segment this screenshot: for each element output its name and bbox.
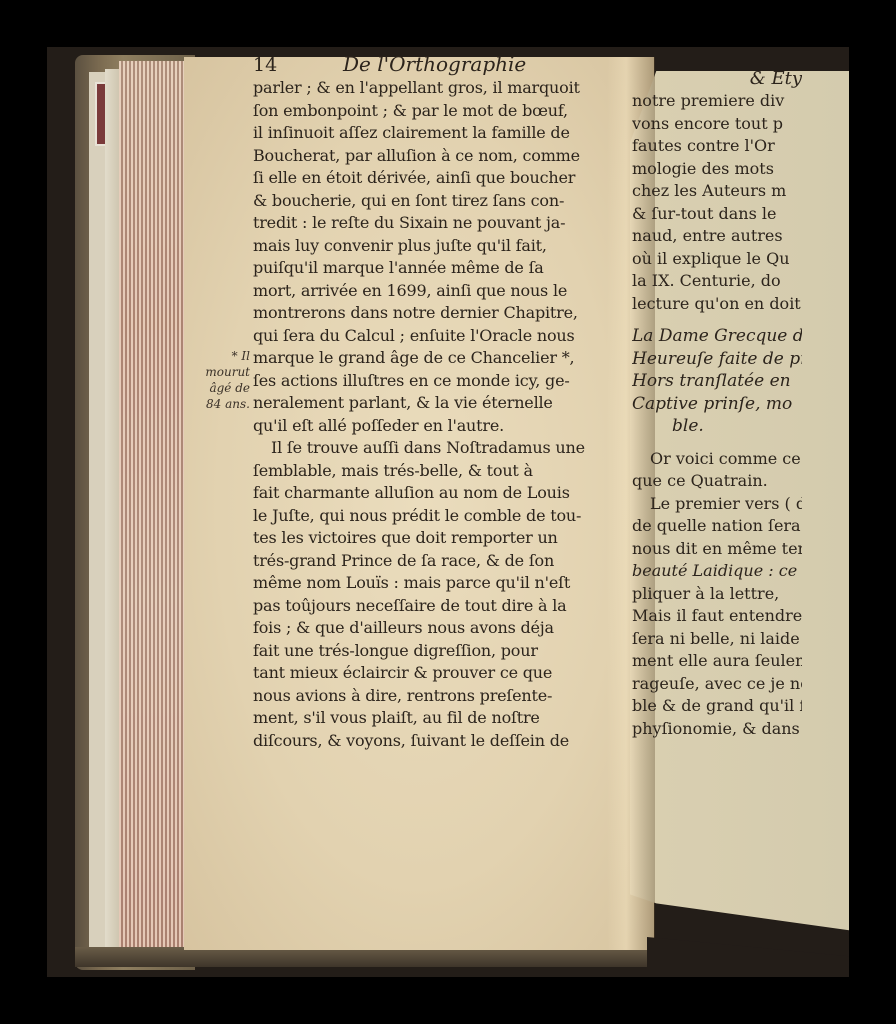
margin-note-line: 84 ans. [190,396,250,412]
left-page-text: 14De l'Orthographie parler ; & en l'appe… [253,52,603,752]
margin-note-line: mourut [190,364,250,380]
text-line: notre premiere div [632,90,802,113]
margin-note: * Il mourut âgé de 84 ans. [190,348,250,412]
text-line: Boucherat, par alluſion à ce nom, comme [253,145,603,168]
verse-line: Captive prinſe, mo [632,393,802,416]
left-page-header: 14De l'Orthographie [253,52,603,77]
sprinkled-page-edges [119,61,184,951]
text-line: ſera ni belle, ni laide [632,628,802,651]
cover-bottom-edge [75,947,675,967]
bottom-shadow [647,927,849,977]
running-head-left: De l'Orthographie [343,52,526,76]
text-line: mort, arrivée en 1699, ainſi que nous le [253,280,603,303]
text-line: fait charmante alluſion au nom de Louis [253,482,603,505]
page-number: 14 [253,53,343,77]
text-line: Or voici comme ce [632,448,802,471]
text-line: & boucherie, qui en ſont tirez ſans con- [253,190,603,213]
text-line: tes les victoires que doit remporter un [253,527,603,550]
text-line: tant mieux éclaircir & prouver ce que [253,662,603,685]
text-line: neralement parlant, & la vie éternelle [253,392,603,415]
text-line: ſemblable, mais trés-belle, & tout à [253,460,603,483]
text-line: mologie des mots [632,158,802,181]
flyleaf [105,69,119,949]
text-line: trés-grand Prince de ſa race, & de ſon [253,550,603,573]
text-line: & ſur-tout dans le [632,203,802,226]
margin-note-line: * Il [190,348,250,364]
text-line: fois ; & que d'ailleurs nous avons déja [253,617,603,640]
text-line: ſon embonpoint ; & par le mot de bœuf, [253,100,603,123]
text-line: beauté Laidique : ce q [632,560,802,583]
text-line: puiſqu'il marque l'année même de ſa [253,257,603,280]
text-line: chez les Auteurs m [632,180,802,203]
text-line: ment elle aura ſeulem [632,650,802,673]
text-line: naud, entre autres [632,225,802,248]
verse-line: La Dame Grecque d [632,325,802,348]
verse-line: Hors tranſlatée en [632,370,802,393]
text-line: ment, s'il vous plaiſt, au fil de noſtre [253,707,603,730]
text-line: pliquer à la lettre, [632,583,802,606]
text-line: diſcours, & voyons, ſuivant le deſſein d… [253,730,603,753]
text-line: vons encore tout p [632,113,802,136]
text-line: pas toûjours neceſſaire de tout dire à l… [253,595,603,618]
text-line: fautes contre l'Or [632,135,802,158]
endpaper [89,72,105,952]
text-line: Mais il faut entendre [632,605,802,628]
text-line: lecture qu'on en doit [632,293,802,316]
quatrain-verse: La Dame Grecque d Heureuſe faite de pr H… [632,325,802,438]
margin-note-line: âgé de [190,380,250,396]
right-page-text: & Ety notre premiere div vons encore tou… [632,68,802,740]
verse-line: ble. [632,415,802,438]
text-line: Le premier vers ( di [632,493,802,516]
text-line: nous dit en même ter [632,538,802,561]
text-line: il inſinuoit aſſez clairement la famille… [253,122,603,145]
text-line: marque le grand âge de ce Chancelier *, [253,347,603,370]
text-line: ble & de grand qu'il f [632,695,802,718]
verse-line: Heureuſe faite de pr [632,348,802,371]
text-line: qui ſera du Calcul ; enſuite l'Oracle no… [253,325,603,348]
text-line: tredit : le reſte du Sixain ne pouvant j… [253,212,603,235]
text-line: de quelle nation ſera [632,515,802,538]
text-line: ſes actions illuſtres en ce monde icy, g… [253,370,603,393]
text-line: mais luy convenir plus juſte qu'il fait, [253,235,603,258]
text-line: que ce Quatrain. [632,470,802,493]
text-line: qu'il eſt allé poſſeder en l'autre. [253,415,603,438]
text-line: parler ; & en l'appellant gros, il marqu… [253,77,603,100]
text-line: même nom Louïs : mais parce qu'il n'eſt [253,572,603,595]
text-line: nous avions à dire, rentrons preſente- [253,685,603,708]
running-head-right: & Ety [632,68,802,90]
spacer [632,438,802,448]
text-line: fait une trés-longue digreſſion, pour [253,640,603,663]
text-line: phyſionomie, & dans [632,718,802,741]
text-line: Il ſe trouve auſſi dans Noſtradamus une [253,437,603,460]
text-line: montrerons dans notre dernier Chapitre, [253,302,603,325]
text-line: ſi elle en étoit dérivée, ainſi que bouc… [253,167,603,190]
text-line: où il explique le Qu [632,248,802,271]
text-line: le Juſte, qui nous prédit le comble de t… [253,505,603,528]
text-line: rageuſe, avec ce je ne [632,673,802,696]
text-line: la IX. Centurie, do [632,270,802,293]
spacer [632,315,802,325]
